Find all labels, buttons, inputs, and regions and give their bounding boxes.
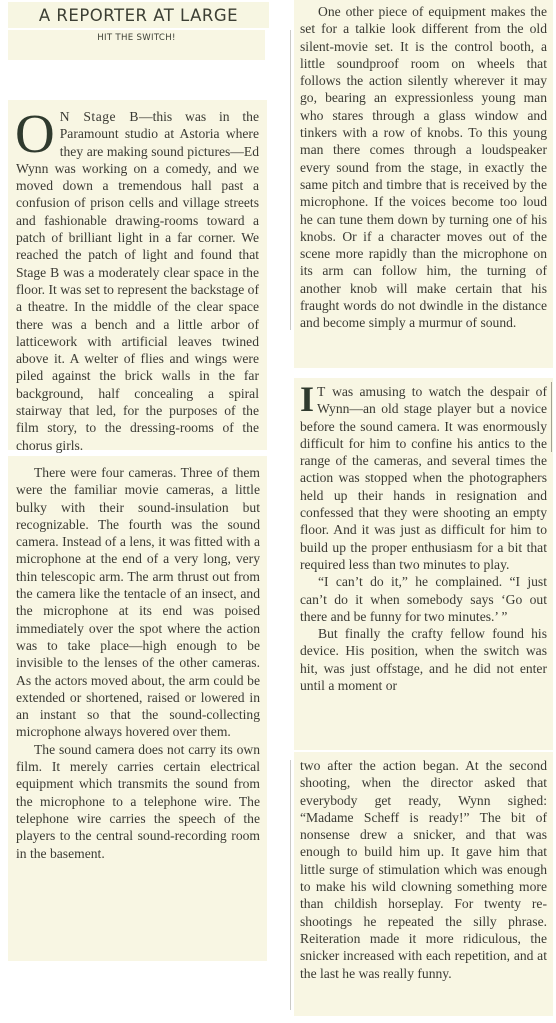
left-column-panel-1: ON Stage B—this was in the Paramount stu…: [8, 100, 267, 450]
paragraph-text: was amusing to watch the despair of Wynn…: [300, 384, 547, 572]
paragraph-sound-camera: The sound camera does not carry its own …: [16, 741, 260, 862]
drop-cap-o: O: [15, 112, 55, 156]
paragraph-madame-scheff: two after the action began. At the secon…: [300, 757, 547, 982]
paragraph-wynn-despair: IT was amusing to watch the despair of W…: [300, 383, 547, 573]
paragraph-cameras: There were four cameras. Three of them w…: [16, 464, 260, 741]
section-title: A REPORTER AT LARGE: [8, 6, 269, 25]
drop-cap-i: I: [300, 384, 314, 414]
article-subtitle: HIT THE SWITCH!: [8, 33, 265, 43]
left-column-panel-2: There were four cameras. Three of them w…: [8, 456, 267, 961]
right-column-panel-2: IT was amusing to watch the despair of W…: [294, 378, 553, 750]
right-column-panel-1: One other piece of equipment makes the s…: [294, 0, 553, 368]
column-rule: [290, 30, 291, 330]
lead-in-caps: N Stage B: [60, 109, 139, 124]
lead-in-caps: T: [317, 384, 326, 399]
opening-paragraph: ON Stage B—this was in the Paramount stu…: [16, 108, 259, 454]
column-rule: [551, 382, 552, 452]
section-header: A REPORTER AT LARGE: [8, 2, 269, 28]
paragraph-control-booth: One other piece of equipment makes the s…: [300, 3, 547, 332]
paragraph-text: —this was in the Paramount studio at Ast…: [16, 109, 259, 453]
article-subtitle-panel: HIT THE SWITCH!: [8, 30, 265, 60]
paragraph-quote: “I can’t do it,” he complained. “I just …: [300, 573, 547, 625]
paragraph-crafty-fellow: But finally the crafty fellow found his …: [300, 625, 547, 694]
right-column-panel-3: two after the action began. At the secon…: [294, 752, 553, 1016]
column-rule: [290, 760, 291, 1010]
